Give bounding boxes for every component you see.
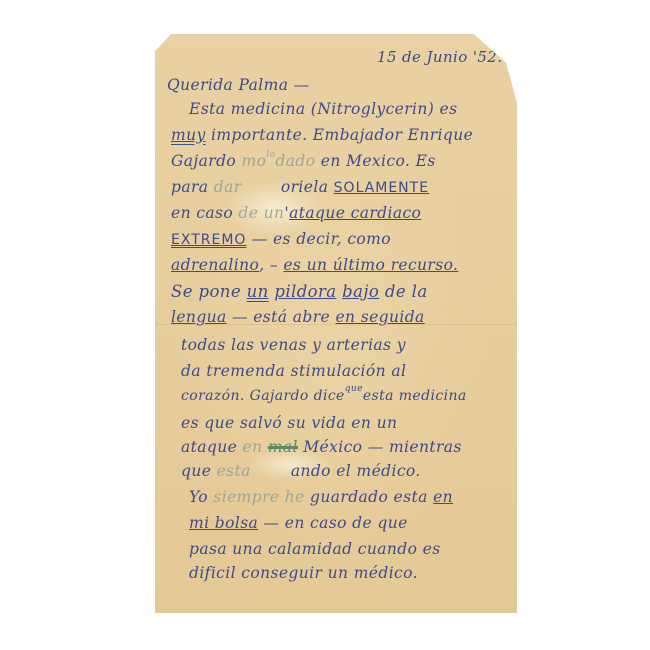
letter-line-8: Se pone un pildora bajo de la xyxy=(171,282,428,301)
letter-line-19: dificil conseguir un médico. xyxy=(189,564,418,582)
letter-line-1: Esta medicina (Nitroglycerin) es xyxy=(189,100,457,118)
letter-line-2: muy importante. Embajador Enrique xyxy=(171,126,473,144)
underlined-word: muy xyxy=(171,126,206,144)
letter-line-5: en caso de un'ataque cardiaco xyxy=(171,204,421,222)
letter-line-10: todas las venas y arterias y xyxy=(181,336,406,354)
letter-line-13: es que salvó su vida en un xyxy=(181,414,397,432)
letter-line-14: ataque en mal México — mientras xyxy=(181,438,462,456)
letter-line-17: mi bolsa — en caso de que xyxy=(189,514,408,532)
letter-line-15: que estaando el médico. xyxy=(181,462,421,480)
letter-paper: 15 de Junio '52. Querida Palma — Esta me… xyxy=(155,34,517,613)
emphasis-solamente: SOLAMENTE xyxy=(334,180,429,196)
crossed-out-word: mal xyxy=(268,438,298,456)
letter-salutation: Querida Palma — xyxy=(167,76,310,94)
letter-line-18: pasa una calamidad cuando es xyxy=(189,540,441,558)
emphasis-extremo: EXTREMO xyxy=(171,232,246,248)
letter-line-11: da tremenda stimulación al xyxy=(181,362,406,380)
letter-line-7: adrenalino, – es un último recurso. xyxy=(171,256,458,274)
letter-line-4: para dar oriela SOLAMENTE xyxy=(171,178,429,196)
letter-line-16: Yo siempre he guardado esta en xyxy=(189,488,453,506)
letter-line-12: corazón. Gajardo dicequeesta medicina xyxy=(181,388,467,404)
letter-line-3: Gajardo molodado en Mexico. Es xyxy=(171,152,436,170)
letter-line-9: lengua — está abre en seguida xyxy=(171,308,425,326)
letter-date: 15 de Junio '52. xyxy=(377,48,502,66)
letter-line-6: EXTREMO — es decir, como xyxy=(171,230,391,248)
